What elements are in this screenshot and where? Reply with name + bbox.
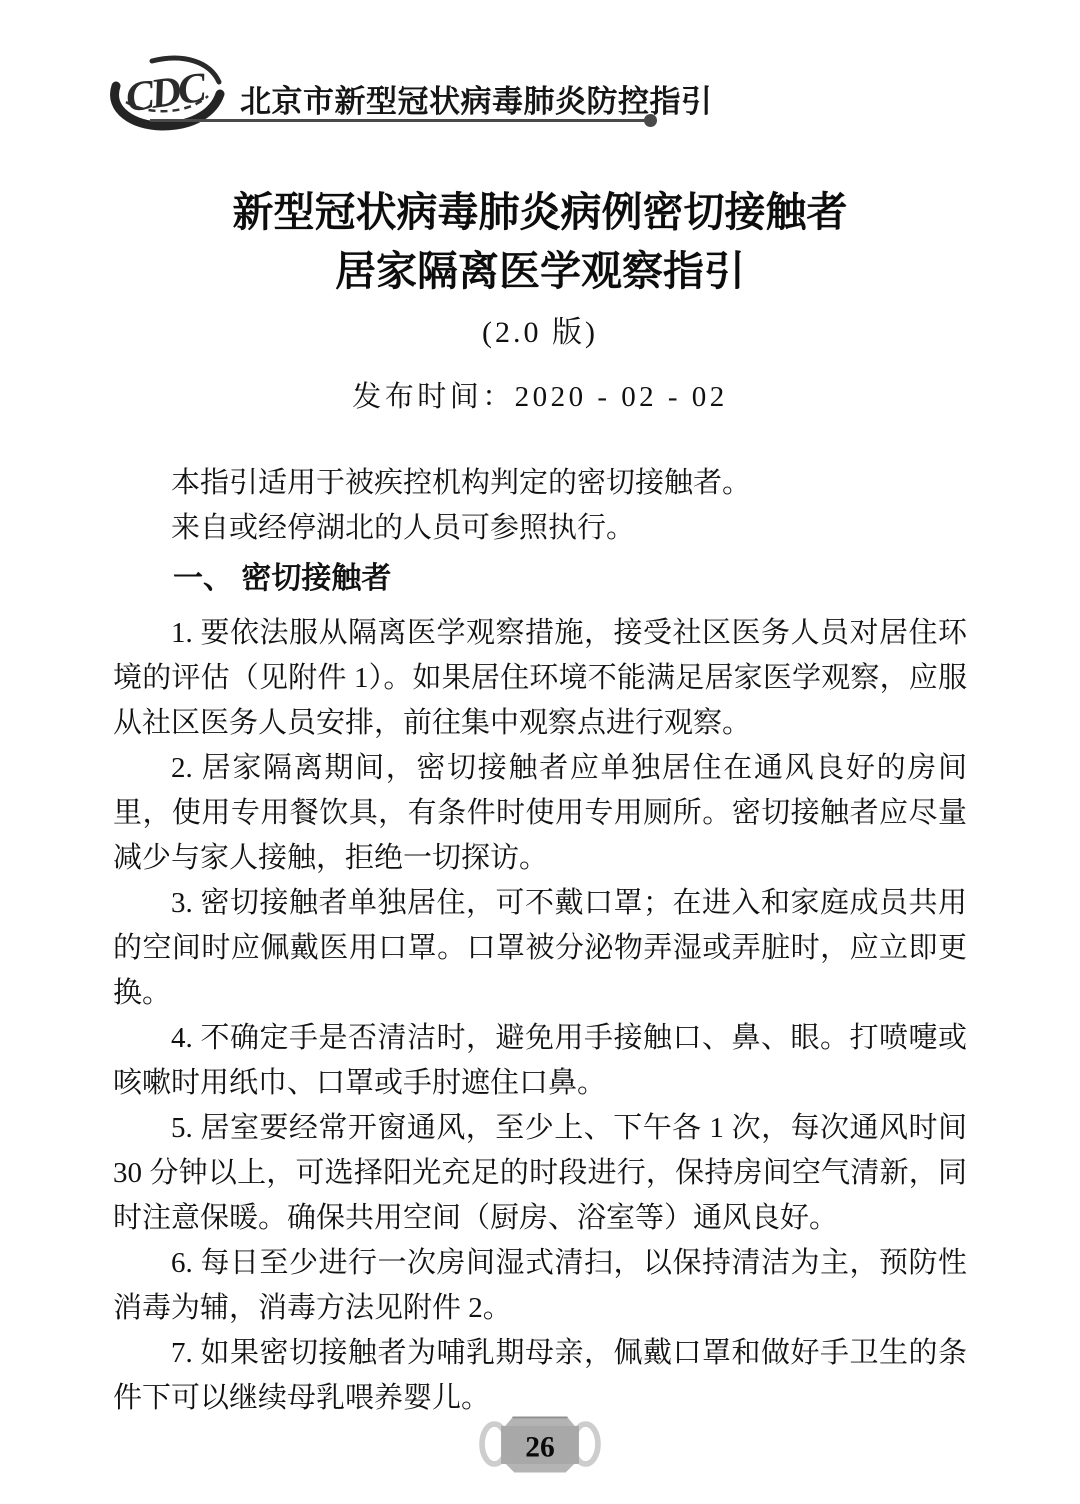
page-footer: 26 bbox=[0, 1406, 1080, 1487]
cdc-logo-icon: CDC bbox=[100, 52, 232, 136]
page-number: 26 bbox=[525, 1431, 554, 1463]
doc-title-line2: 居家隔离医学观察指引 bbox=[0, 242, 1080, 301]
version-line: (2.0 版) bbox=[0, 311, 1080, 355]
body-paragraph: 4. 不确定手是否清洁时，避免用手接触口、鼻、眼。打喷嚏或咳嗽时用纸巾、口罩或手… bbox=[113, 1016, 967, 1106]
header-title: 北京市新型冠状病毒肺炎防控指引 bbox=[240, 76, 713, 121]
body-paragraph: 5. 居室要经常开窗通风，至少上、下午各 1 次，每次通风时间 30 分钟以上，… bbox=[113, 1106, 967, 1241]
publish-date-line: 发布时间：2020 - 02 - 02 bbox=[0, 375, 1080, 419]
section-heading: 一、 密切接触者 bbox=[113, 556, 967, 601]
document-page: CDC 北京市新型冠状病毒肺炎防控指引 新型冠状病毒肺炎病例密切接触者 居家隔离… bbox=[0, 0, 1080, 1504]
doc-title-line1: 新型冠状病毒肺炎病例密切接触者 bbox=[0, 183, 1080, 242]
body-paragraph: 1. 要依法服从隔离医学观察措施，接受社区医务人员对居住环境的评估（见附件 1）… bbox=[113, 611, 967, 746]
doc-header: CDC 北京市新型冠状病毒肺炎防控指引 bbox=[0, 0, 1080, 150]
doc-title: 新型冠状病毒肺炎病例密切接触者 居家隔离医学观察指引 bbox=[0, 183, 1080, 301]
doc-body: 本指引适用于被疾控机构判定的密切接触者。来自或经停湖北的人员可参照执行。 一、 … bbox=[113, 461, 967, 1421]
body-paragraphs: 1. 要依法服从隔离医学观察措施，接受社区医务人员对居住环境的评估（见附件 1）… bbox=[113, 611, 967, 1421]
face-mask-icon: 26 bbox=[465, 1406, 615, 1482]
intro-paragraph: 本指引适用于被疾控机构判定的密切接触者。 bbox=[113, 461, 967, 506]
header-rule-dot bbox=[644, 114, 657, 127]
intro-paragraphs: 本指引适用于被疾控机构判定的密切接触者。来自或经停湖北的人员可参照执行。 bbox=[113, 461, 967, 551]
body-paragraph: 2. 居家隔离期间，密切接触者应单独居住在通风良好的房间里，使用专用餐饮具，有条… bbox=[113, 746, 967, 881]
header-rule bbox=[150, 119, 650, 122]
intro-paragraph: 来自或经停湖北的人员可参照执行。 bbox=[113, 506, 967, 551]
doc-main: 新型冠状病毒肺炎病例密切接触者 居家隔离医学观察指引 (2.0 版) 发布时间：… bbox=[0, 0, 1080, 1421]
body-paragraph: 6. 每日至少进行一次房间湿式清扫，以保持清洁为主，预防性消毒为辅，消毒方法见附… bbox=[113, 1241, 967, 1331]
body-paragraph: 3. 密切接触者单独居住，可不戴口罩；在进入和家庭成员共用的空间时应佩戴医用口罩… bbox=[113, 881, 967, 1016]
cdc-logo-text: CDC bbox=[123, 64, 210, 121]
